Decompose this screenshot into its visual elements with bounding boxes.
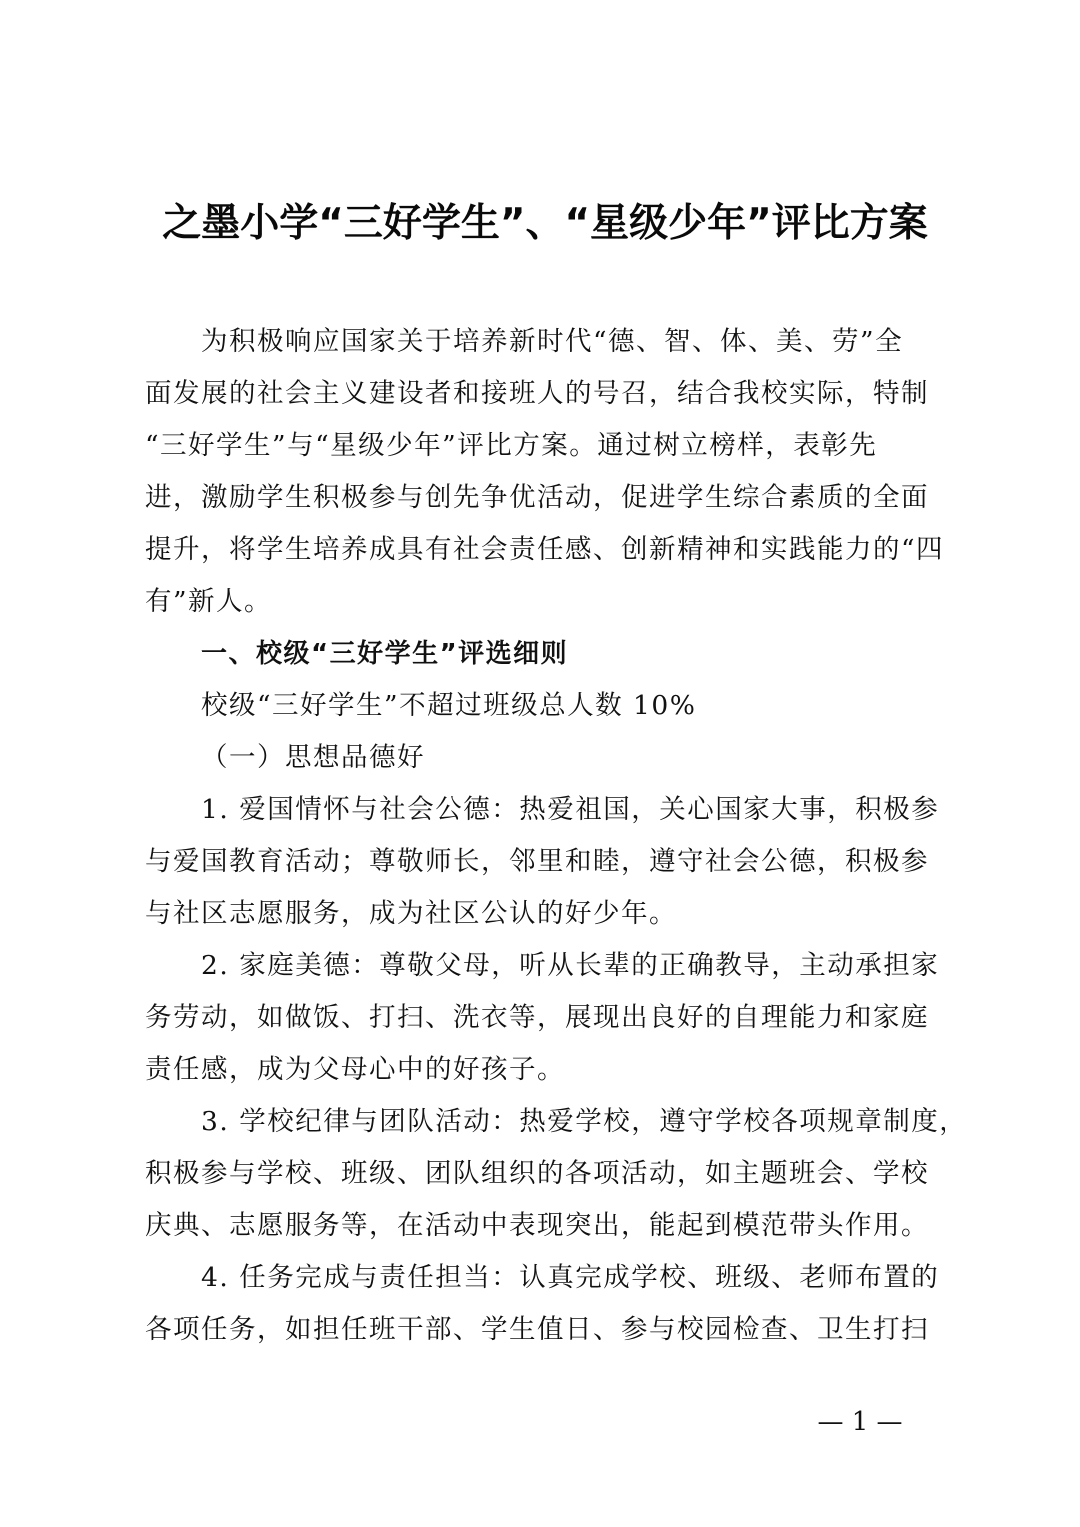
criteria-item-line: 务劳动，如做饭、打扫、洗衣等，展现出良好的自理能力和家庭 xyxy=(145,992,945,1044)
document-page: 之墨小学“三好学生”、“星级少年”评比方案 为积极响应国家关于培养新时代“德、智… xyxy=(0,0,1080,1527)
intro-line: 面发展的社会主义建设者和接班人的号召，结合我校实际，特制 xyxy=(145,368,945,420)
intro-line: “三好学生”与“星级少年”评比方案。通过树立榜样，表彰先 xyxy=(145,420,945,472)
intro-line: 为积极响应国家关于培养新时代“德、智、体、美、劳”全 xyxy=(145,316,945,368)
criteria-item-line: 与社区志愿服务，成为社区公认的好少年。 xyxy=(145,888,945,940)
criteria-item-line: 与爱国教育活动；尊敬师长，邻里和睦，遵守社会公德，积极参 xyxy=(145,836,945,888)
document-title: 之墨小学“三好学生”、“星级少年”评比方案 xyxy=(140,196,950,252)
criteria-item-line: 庆典、志愿服务等，在活动中表现突出，能起到模范带头作用。 xyxy=(145,1200,945,1252)
subsection-heading: （一）思想品德好 xyxy=(145,732,945,784)
quota-text: 校级“三好学生”不超过班级总人数 10% xyxy=(145,680,945,732)
intro-line: 提升，将学生培养成具有社会责任感、创新精神和实践能力的“四 xyxy=(145,524,945,576)
criteria-item-line: 4. 任务完成与责任担当：认真完成学校、班级、老师布置的 xyxy=(145,1252,945,1304)
criteria-item-line: 1. 爱国情怀与社会公德：热爱祖国，关心国家大事，积极参 xyxy=(145,784,945,836)
document-body: 为积极响应国家关于培养新时代“德、智、体、美、劳”全 面发展的社会主义建设者和接… xyxy=(145,316,945,1356)
section-heading: 一、校级“三好学生”评选细则 xyxy=(145,628,945,680)
criteria-item-line: 责任感，成为父母心中的好孩子。 xyxy=(145,1044,945,1096)
criteria-item-line: 2. 家庭美德：尊敬父母，听从长辈的正确教导，主动承担家 xyxy=(145,940,945,992)
criteria-item-line: 各项任务，如担任班干部、学生值日、参与校园检查、卫生打扫 xyxy=(145,1304,945,1356)
intro-line: 有”新人。 xyxy=(145,576,945,628)
intro-line: 进，激励学生积极参与创先争优活动，促进学生综合素质的全面 xyxy=(145,472,945,524)
criteria-item-line: 3. 学校纪律与团队活动：热爱学校，遵守学校各项规章制度， xyxy=(145,1096,945,1148)
page-number: — 1 — xyxy=(800,1402,920,1442)
criteria-item-line: 积极参与学校、班级、团队组织的各项活动，如主题班会、学校 xyxy=(145,1148,945,1200)
